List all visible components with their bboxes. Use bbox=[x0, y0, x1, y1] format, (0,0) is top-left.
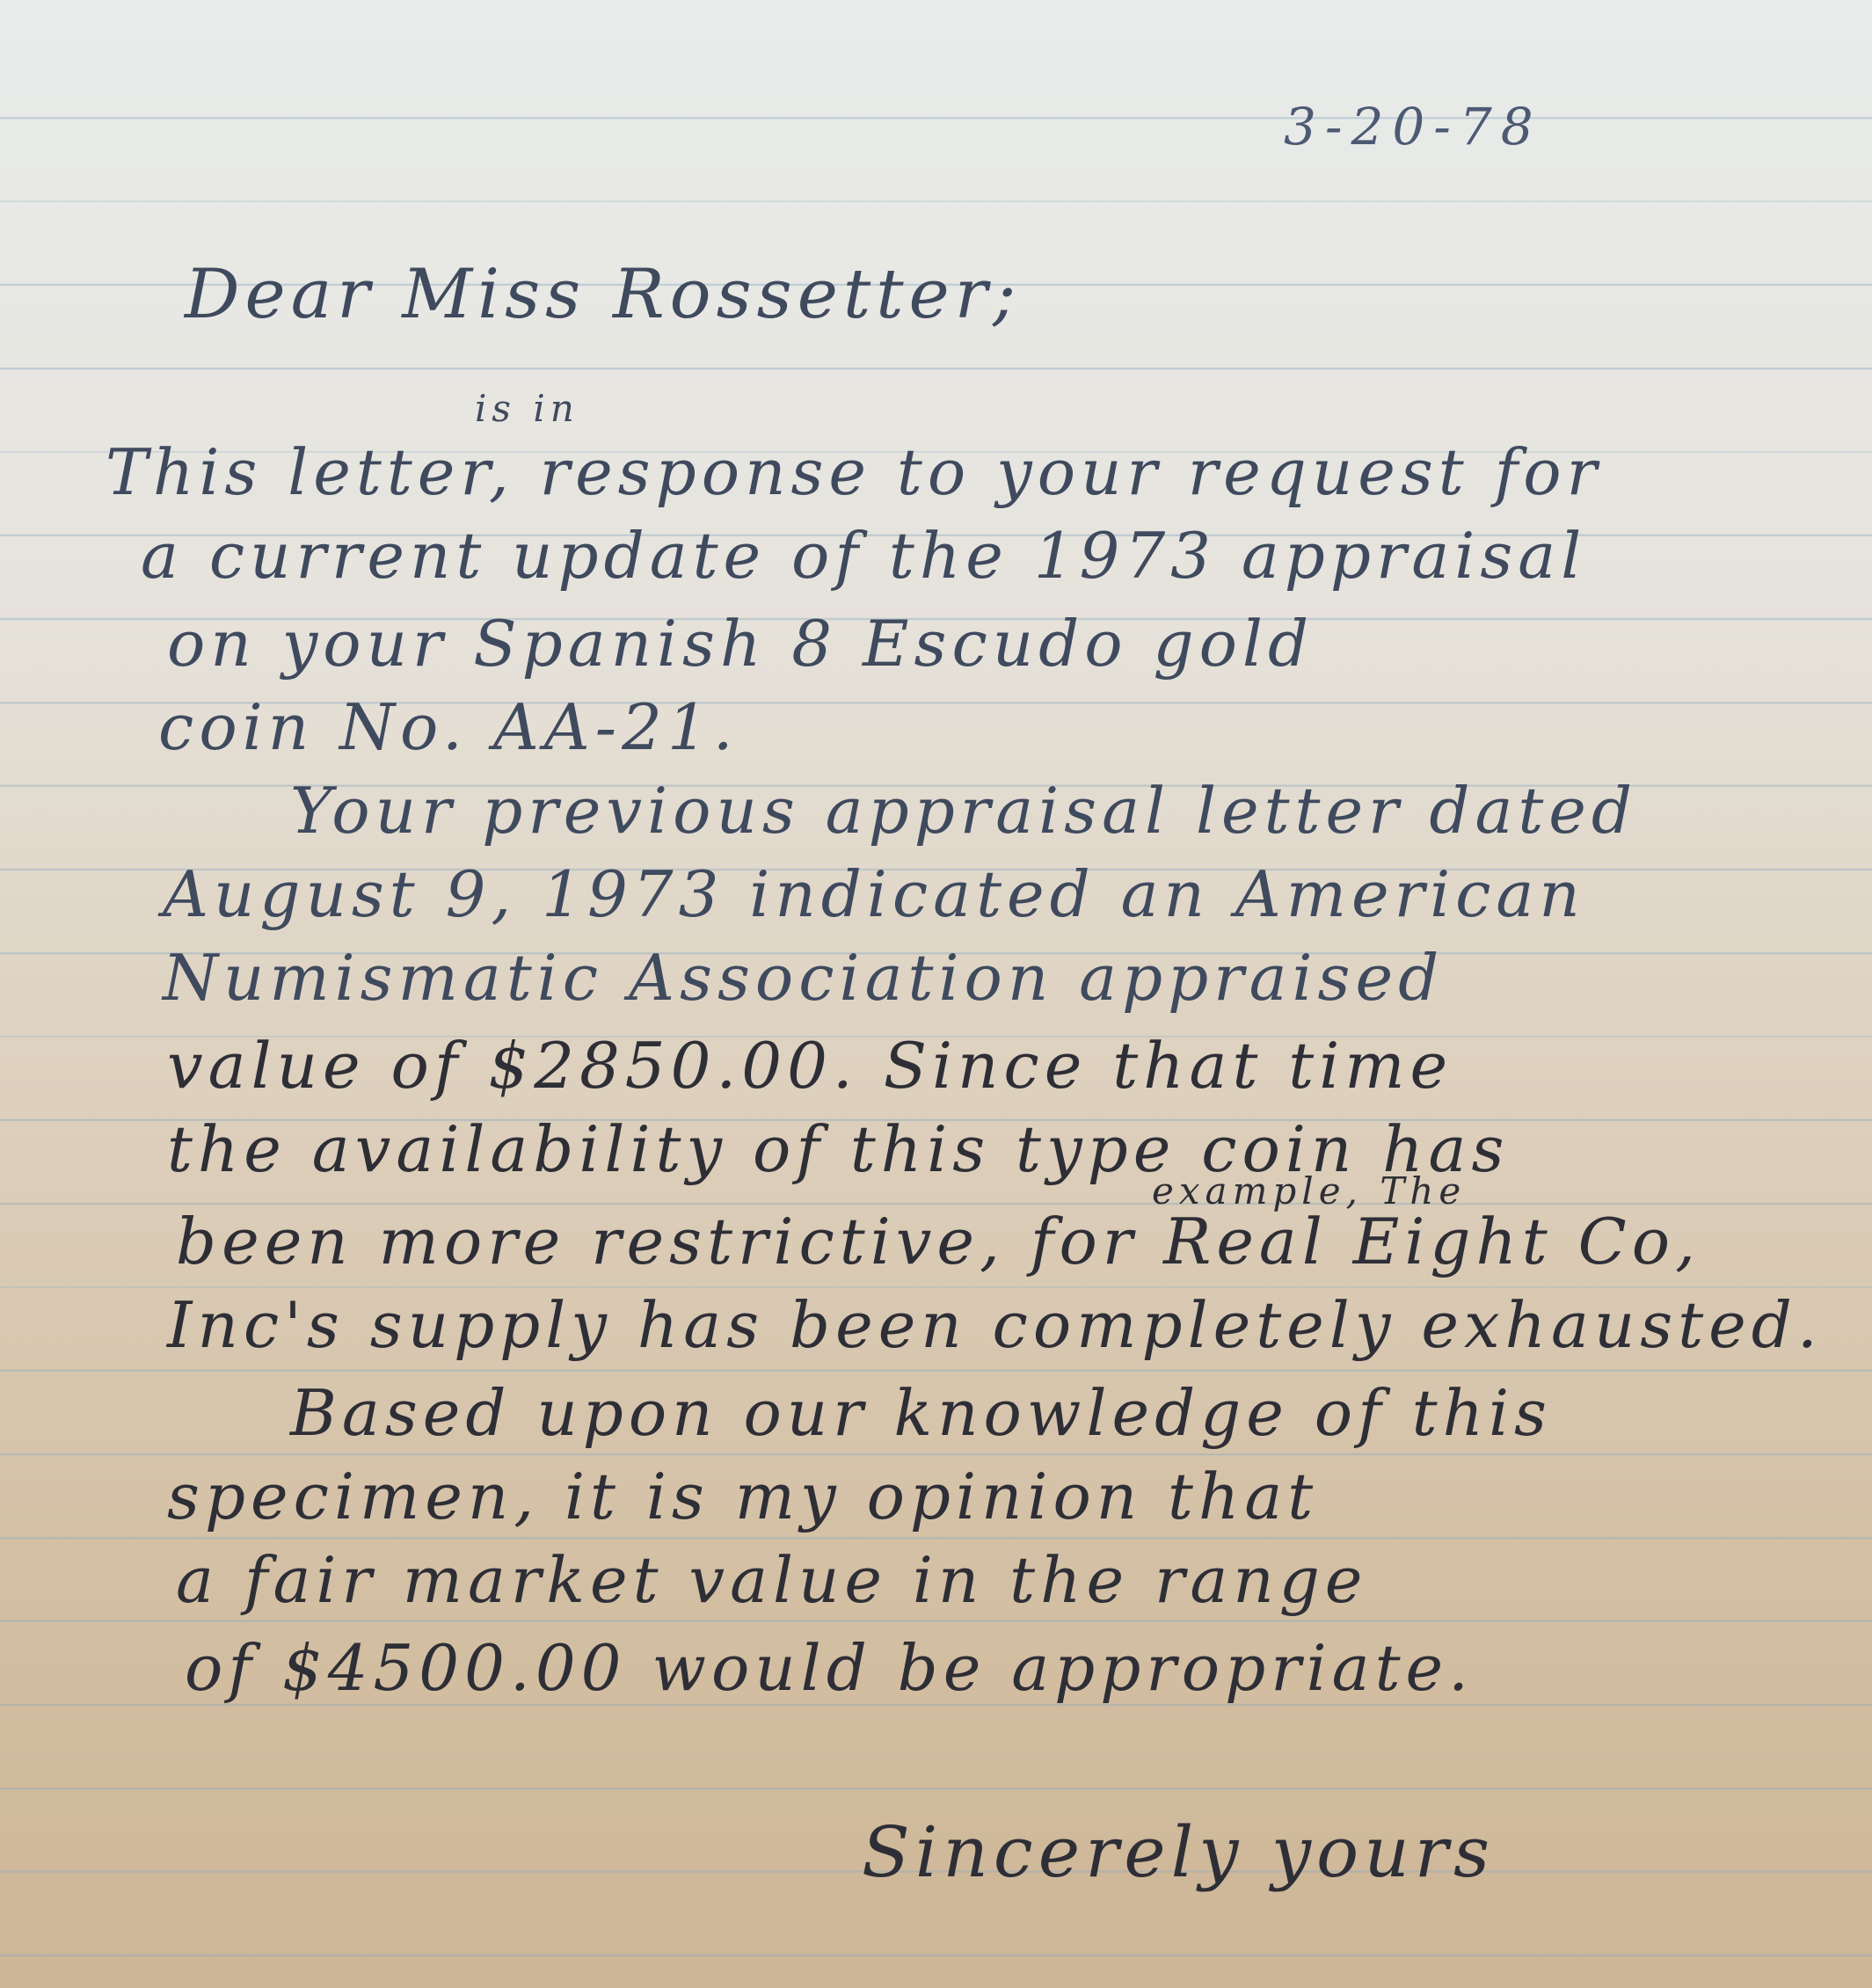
letter-line-10: been more restrictive, for Real Eight Co… bbox=[176, 1205, 1701, 1278]
letter-line-7: Numismatic Association appraised bbox=[163, 941, 1444, 1015]
letter-line-1: This letter, response to your request fo… bbox=[106, 435, 1602, 509]
letter-line-11: Inc's supply has been completely exhaust… bbox=[167, 1288, 1823, 1362]
insertion-is-in: is in bbox=[475, 387, 579, 430]
letter-line-2: a current update of the 1973 appraisal bbox=[141, 519, 1586, 593]
letter-line-5: Your previous appraisal letter dated bbox=[290, 774, 1637, 848]
salutation: Dear Miss Rossetter; bbox=[185, 255, 1021, 334]
letter-line-8: value of $2850.00. Since that time bbox=[167, 1029, 1453, 1103]
closing: Sincerely yours bbox=[862, 1811, 1495, 1893]
letter-line-3: on your Spanish 8 Escudo gold bbox=[167, 607, 1314, 681]
letter-line-14: a fair market value in the range bbox=[176, 1543, 1367, 1617]
letter-line-15: of $4500.00 would be appropriate. bbox=[185, 1631, 1474, 1705]
letter-line-6: August 9, 1973 indicated an American bbox=[163, 857, 1585, 931]
letter-line-12: Based upon our knowledge of this bbox=[290, 1376, 1552, 1450]
letter-line-4: coin No. AA-21. bbox=[158, 690, 739, 764]
letter-date: 3-20-78 bbox=[1284, 97, 1542, 157]
letter-line-13: specimen, it is my opinion that bbox=[167, 1460, 1318, 1533]
